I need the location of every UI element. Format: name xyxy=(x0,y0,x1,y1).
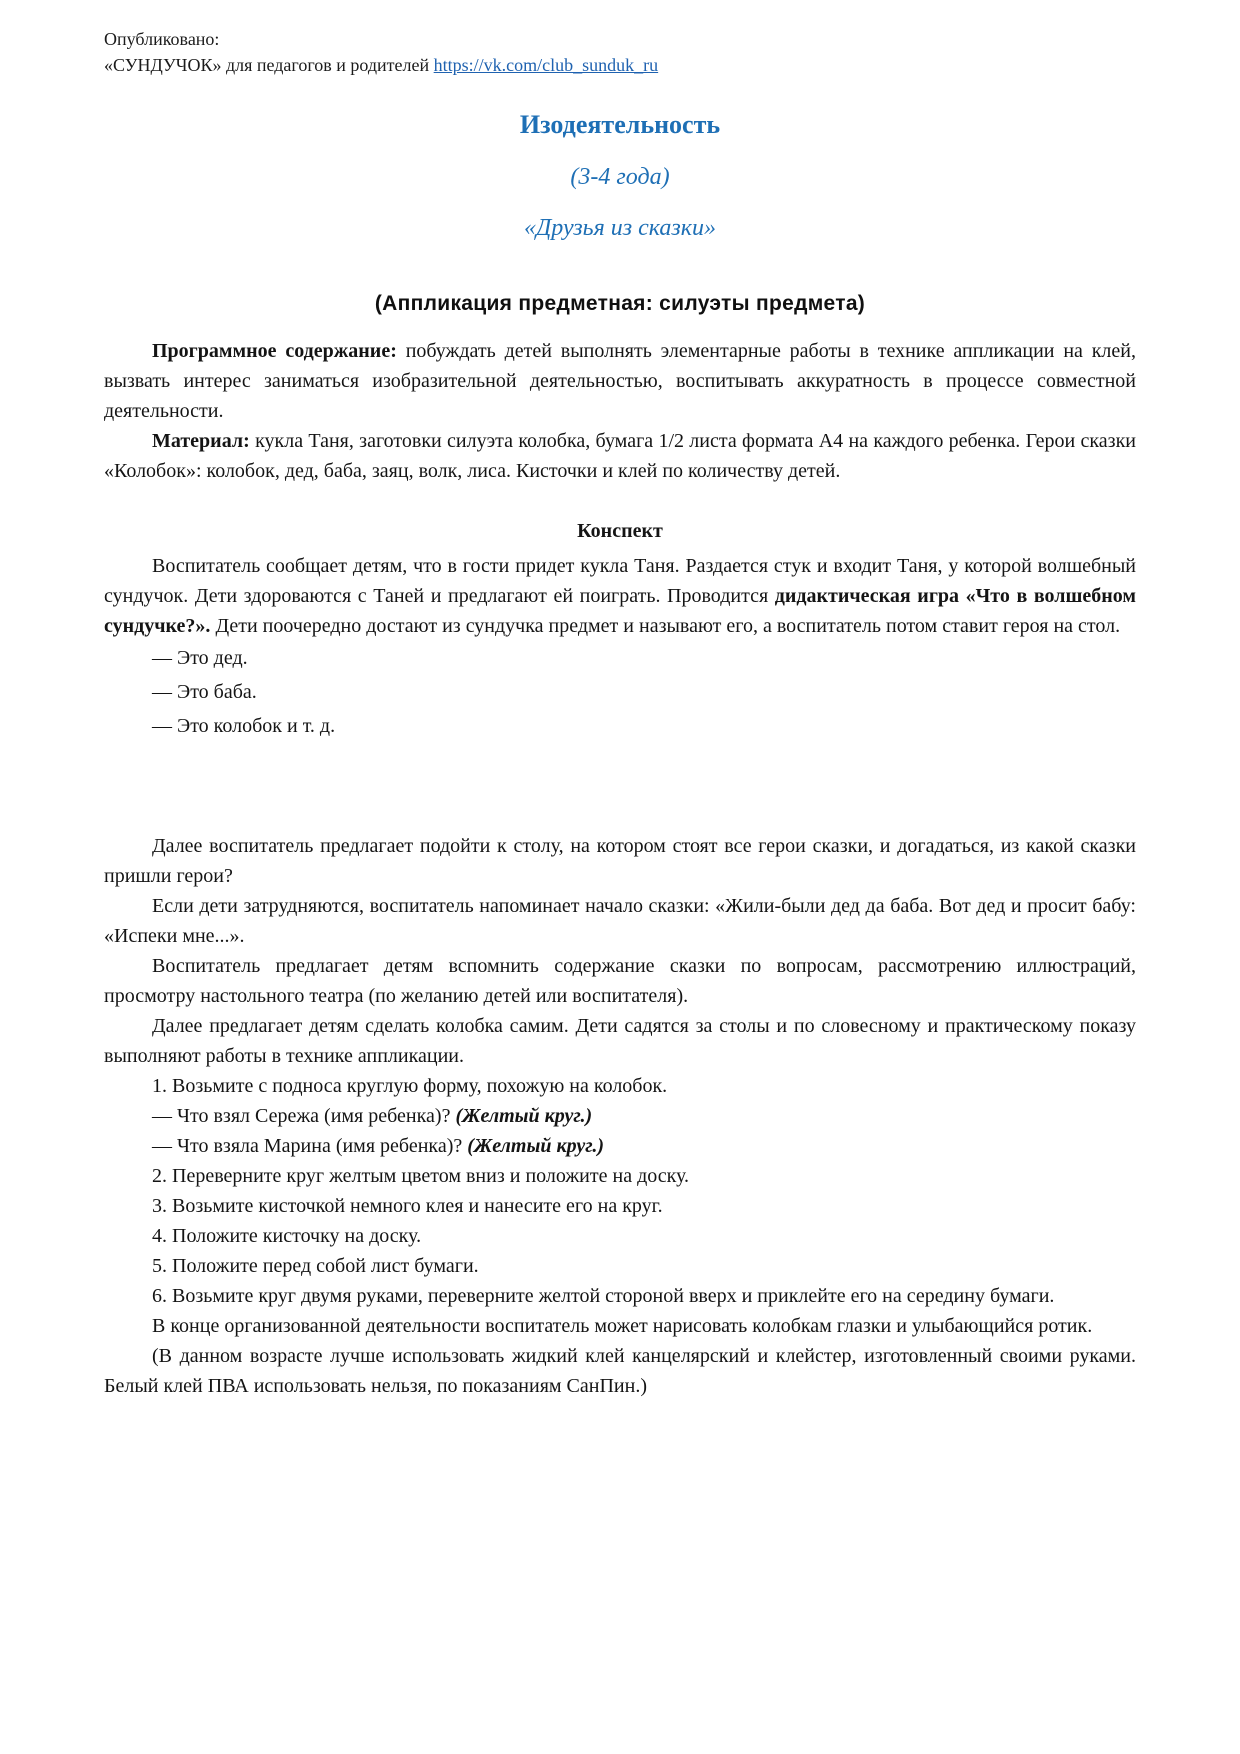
dialogue-line-kolobok: — Это колобок и т. д. xyxy=(104,709,1136,743)
note-paragraph: (В данном возрасте лучше использовать жи… xyxy=(104,1341,1136,1401)
paragraph-hint: Если дети затрудняются, воспитатель напо… xyxy=(104,891,1136,951)
technique-line: (Аппликация предметная: силуэты предмета… xyxy=(104,292,1136,316)
paragraph-make: Далее предлагает детям сделать колобка с… xyxy=(104,1011,1136,1071)
page-title: Изодеятельность xyxy=(104,110,1136,140)
paragraph-recall: Воспитатель предлагает детям вспомнить с… xyxy=(104,951,1136,1011)
synopsis-heading: Конспект xyxy=(104,520,1136,543)
step-2: 2. Переверните круг желтым цветом вниз и… xyxy=(104,1161,1136,1191)
question-marina: — Что взяла Марина (имя ребенка)? (Желты… xyxy=(104,1131,1136,1161)
dialogue-line-ded: — Это дед. xyxy=(104,641,1136,675)
published-text: «СУНДУЧОК» для педагогов и родителей xyxy=(104,55,434,75)
question-serezha-text: — Что взял Сережа (имя ребенка)? xyxy=(152,1105,455,1127)
document-page: Опубликовано: «СУНДУЧОК» для педагогов и… xyxy=(0,0,1240,1401)
step-5: 5. Положите перед собой лист бумаги. xyxy=(104,1251,1136,1281)
material-lead: Материал: xyxy=(152,430,255,452)
paragraph-table: Далее воспитатель предлагает подойти к с… xyxy=(104,831,1136,891)
step-1: 1. Возьмите с подноса круглую форму, пох… xyxy=(104,1071,1136,1101)
step-3: 3. Возьмите кисточкой немного клея и нан… xyxy=(104,1191,1136,1221)
synopsis-paragraph: Воспитатель сообщает детям, что в гости … xyxy=(104,551,1136,641)
program-paragraph: Программное содержание: побуждать детей … xyxy=(104,336,1136,426)
material-paragraph: Материал: кукла Таня, заготовки силуэта … xyxy=(104,426,1136,486)
synopsis-end: Дети поочередно достают из сундучка пред… xyxy=(210,615,1120,637)
document-body: { "page": { "published_label": "Опублико… xyxy=(0,0,1240,1754)
question-serezha-answer: (Желтый круг.) xyxy=(455,1105,592,1127)
question-marina-text: — Что взяла Марина (имя ребенка)? xyxy=(152,1135,467,1157)
program-lead: Программное содержание: xyxy=(152,340,406,362)
age-subtitle: (3-4 года) xyxy=(104,164,1136,191)
question-marina-answer: (Желтый круг.) xyxy=(467,1135,604,1157)
question-serezha: — Что взял Сережа (имя ребенка)? (Желтый… xyxy=(104,1101,1136,1131)
name-subtitle: «Друзья из сказки» xyxy=(104,215,1136,242)
step-4: 4. Положите кисточку на доску. xyxy=(104,1221,1136,1251)
dialogue-line-baba: — Это баба. xyxy=(104,675,1136,709)
closing-paragraph: В конце организованной деятельности восп… xyxy=(104,1311,1136,1341)
material-body: кукла Таня, заготовки силуэта колобка, б… xyxy=(104,430,1136,482)
content-gap xyxy=(104,743,1136,831)
step-6: 6. Возьмите круг двумя руками, переверни… xyxy=(104,1281,1136,1311)
published-link[interactable]: https://vk.com/club_sunduk_ru xyxy=(434,55,659,75)
published-line: «СУНДУЧОК» для педагогов и родителей htt… xyxy=(104,52,1136,78)
published-block: Опубликовано: «СУНДУЧОК» для педагогов и… xyxy=(104,26,1136,78)
published-label: Опубликовано: xyxy=(104,26,1136,52)
